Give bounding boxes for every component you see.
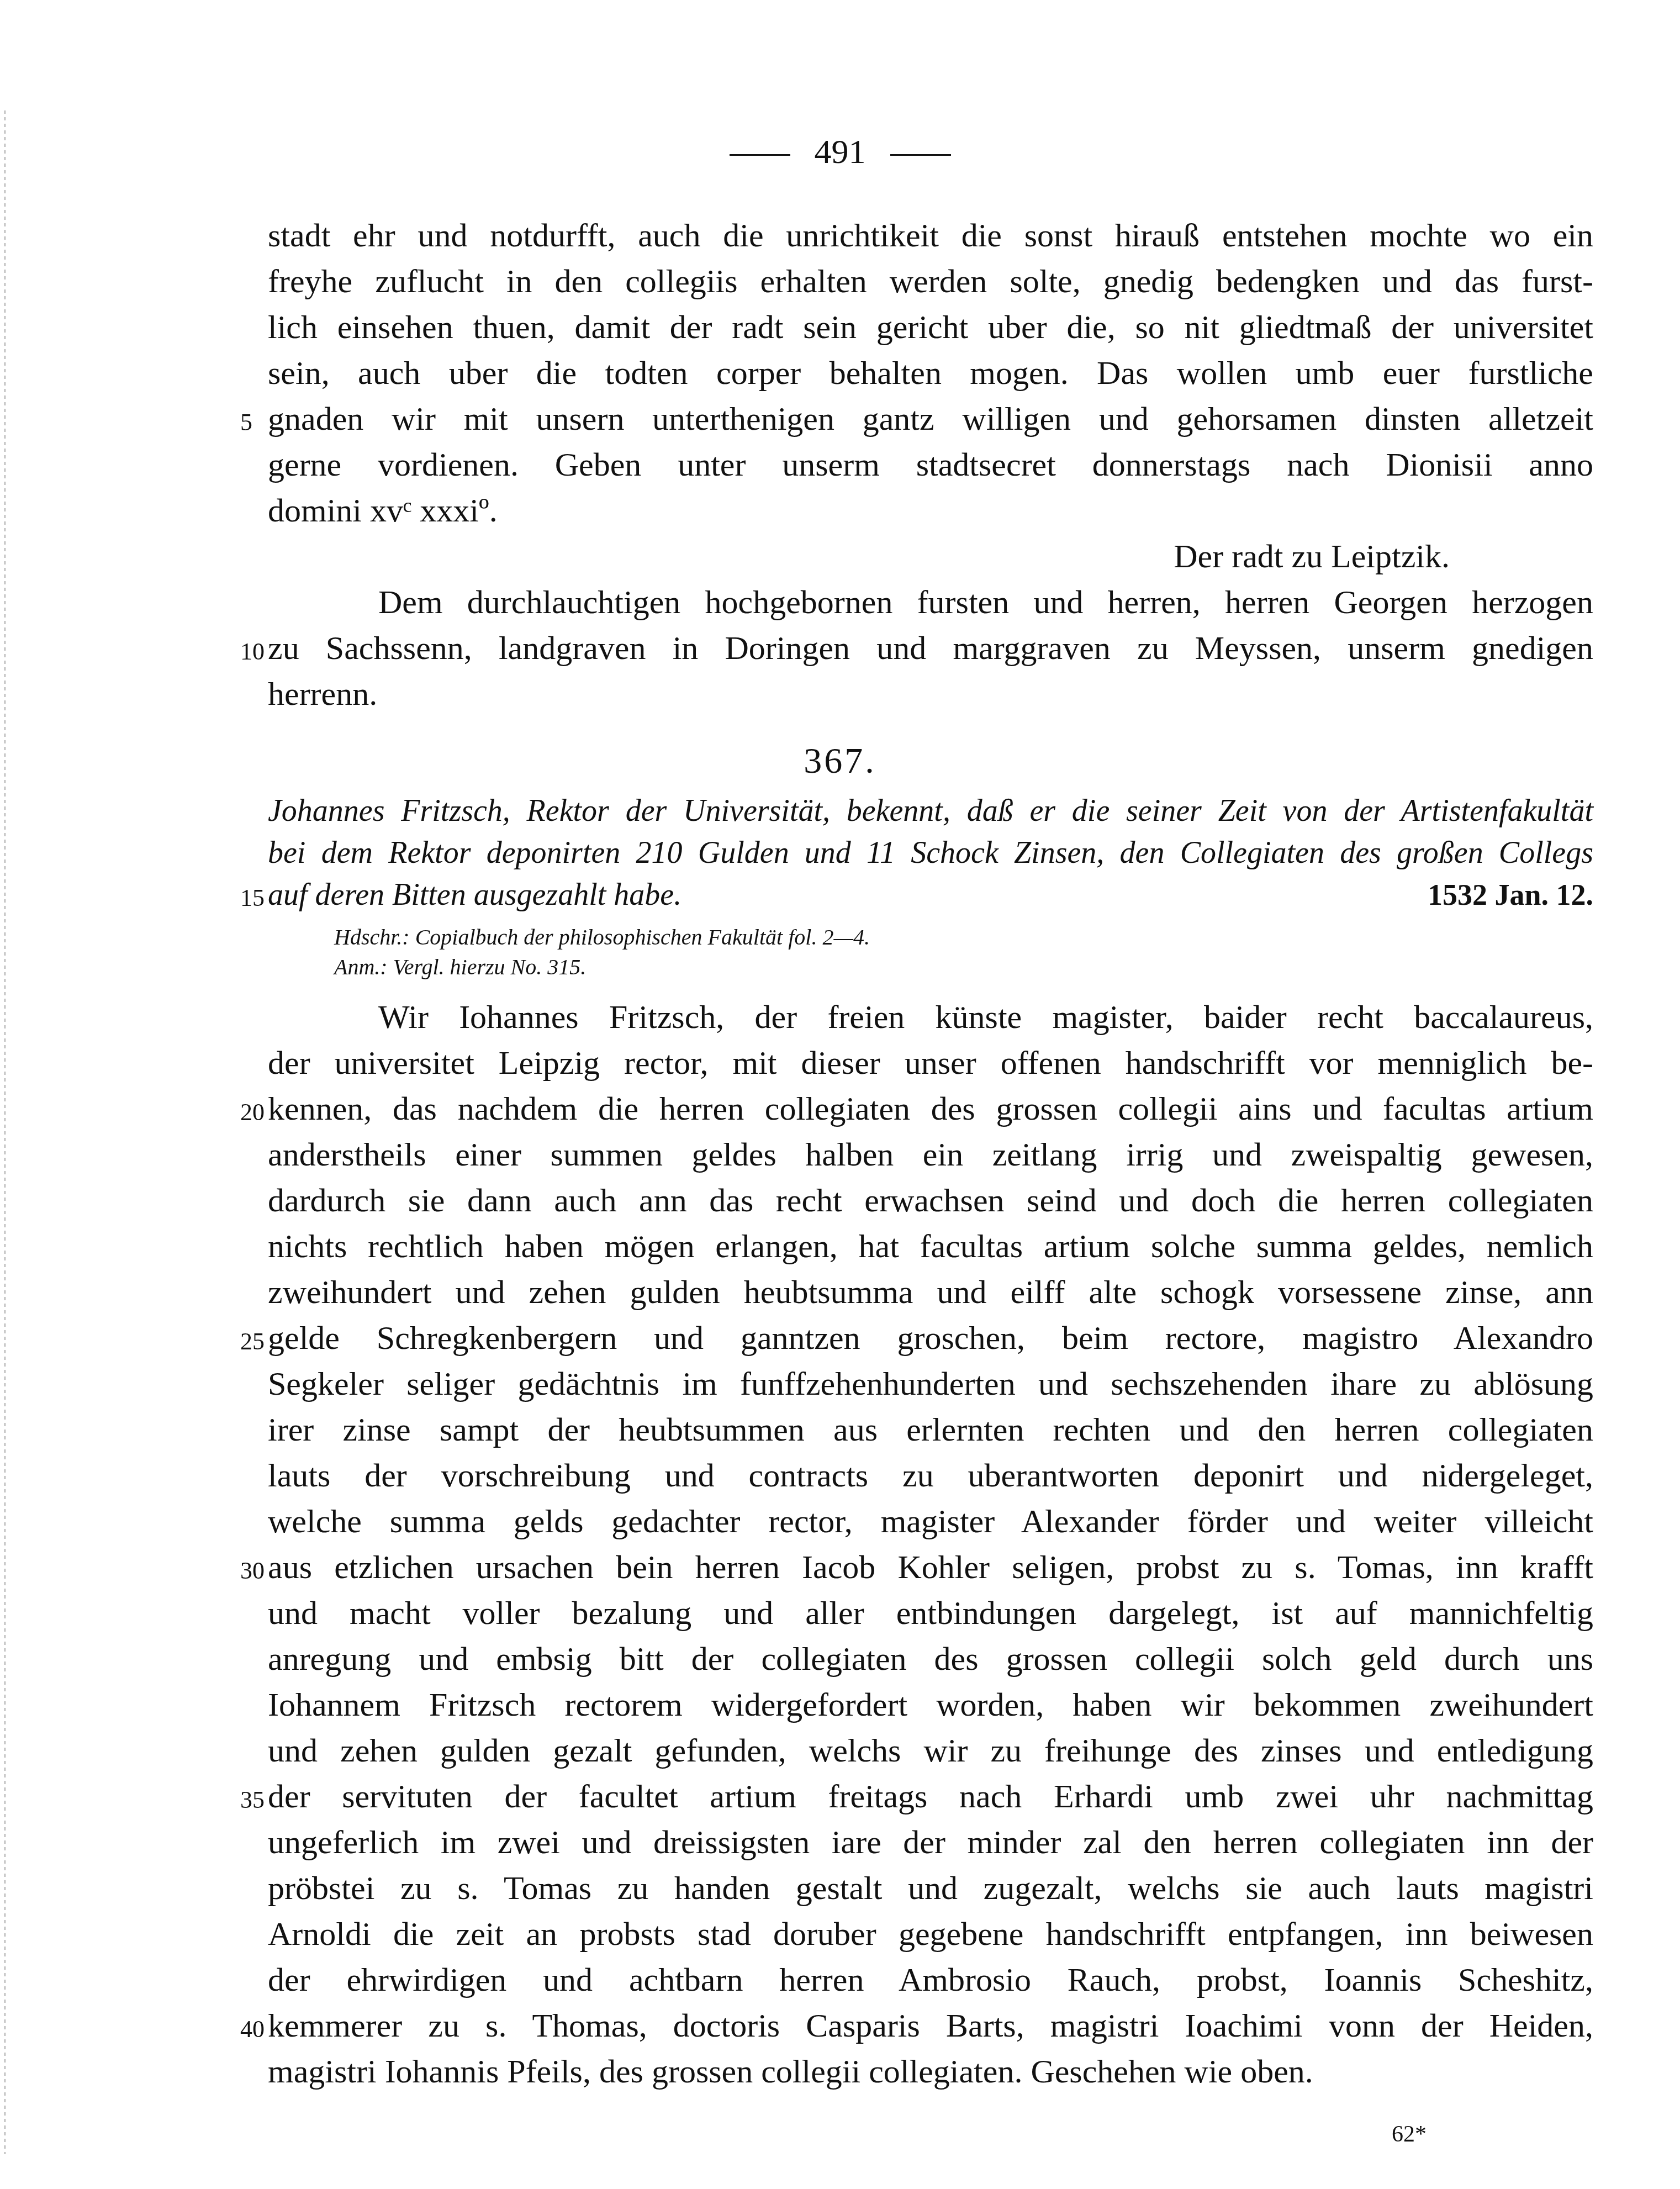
signature-mark: 62* [1392,2121,1427,2148]
body-line: nichts rechtlich haben mögen erlangen, h… [268,1223,1593,1269]
line-number: 15 [240,877,265,919]
scan-edge-artifact [4,110,6,2154]
body-line: Arnoldi die zeit an probsts stad doruber… [268,1911,1593,1957]
address-line: 10zu Sachssenn, landgraven in Doringen u… [268,625,1593,671]
text-line: domini xvᶜ xxxiº. [268,488,1593,534]
body-line: der ehrwirdigen und achtbarn herren Ambr… [268,1957,1593,2003]
manuscript-note: Hdschr.: Copialbuch der philosophischen … [334,922,870,952]
body-line: und zehen gulden gezalt gefunden, welchs… [268,1728,1593,1774]
line-number: 20 [240,1089,265,1135]
page-number: 491 [815,133,866,171]
text-line: freyhe zuflucht in den collegiis erhalte… [268,259,1593,304]
body-line: lauts der vorschreibung und contracts zu… [268,1453,1593,1499]
entry-date: 1532 Jan. 12. [1428,874,1593,916]
body-line: und macht voller bezalung und aller entb… [268,1590,1593,1636]
line-number: 40 [240,2006,265,2052]
body-line: anregung und embsig bitt der collegiaten… [268,1636,1593,1682]
body-line: 25gelde Schregkenbergern und ganntzen gr… [268,1315,1593,1361]
entry-number: 367. [0,740,1680,782]
rubric-line: bei dem Rektor deponirten 210 Gulden und… [268,832,1593,874]
text-line: lich einsehen thuen, damit der radt sein… [268,304,1593,350]
header-rule-left [730,154,790,156]
entry-body: Wir Iohannes Fritzsch, der freien künste… [268,994,1593,2095]
page-header: 491 [0,133,1680,172]
body-line: 30aus etzlichen ursachen bein herren Iac… [268,1544,1593,1590]
body-line: welche summa gelds gedachter rector, mag… [268,1499,1593,1544]
body-line: 40kemmerer zu s. Thomas, doctoris Caspar… [268,2003,1593,2049]
body-line: magistri Iohannis Pfeils, des grossen co… [268,2049,1593,2095]
body-line: pröbstei zu s. Tomas zu handen gestalt u… [268,1865,1593,1911]
body-line: anderstheils einer summen geldes halben … [268,1132,1593,1178]
header-rule-right [890,154,951,156]
continuation-text: stadt ehr und notdurfft, auch die unrich… [268,213,1593,717]
body-line: irer zinse sampt der heubtsummen aus erl… [268,1407,1593,1453]
line-number: 30 [240,1548,265,1594]
rubric-line: Johannes Fritzsch, Rektor der Universitä… [268,790,1593,832]
body-line: ungeferlich im zwei und dreissigsten iar… [268,1819,1593,1865]
entry-rubric: Johannes Fritzsch, Rektor der Universitä… [268,790,1593,916]
body-line: Wir Iohannes Fritzsch, der freien künste… [268,994,1593,1040]
body-line: 35der servituten der facultet artium fre… [268,1774,1593,1819]
line-number: 35 [240,1777,265,1823]
rubric-line: 15auf deren Bitten ausgezahlt habe. 1532… [268,874,1593,916]
signature: Der radt zu Leiptzik. [268,534,1593,579]
body-line: dardurch sie dann auch ann das recht erw… [268,1178,1593,1223]
body-line: zweihundert und zehen gulden heubtsumma … [268,1269,1593,1315]
address-line: herrenn. [268,671,1593,717]
text-line: gerne vordienen. Geben unter unserm stad… [268,442,1593,488]
body-line: Iohannem Fritzsch rectorem widergeforder… [268,1682,1593,1728]
annotation-note: Anm.: Vergl. hierzu No. 315. [334,952,870,982]
body-line: der universitet Leipzig rector, mit dies… [268,1040,1593,1086]
body-line: 20kennen, das nachdem die herren collegi… [268,1086,1593,1132]
text-line: 5gnaden wir mit unsern unterthenigen gan… [268,396,1593,442]
source-notes: Hdschr.: Copialbuch der philosophischen … [334,922,870,982]
line-number: 10 [240,629,265,674]
text-line: stadt ehr und notdurfft, auch die unrich… [268,213,1593,259]
line-number: 25 [240,1318,265,1364]
text-line: sein, auch uber die todten corper behalt… [268,350,1593,396]
address-line: Dem durchlauchtigen hochgebornen fursten… [268,579,1593,625]
body-line: Segkeler seliger gedächtnis im funffzehe… [268,1361,1593,1407]
line-number: 5 [240,399,252,445]
